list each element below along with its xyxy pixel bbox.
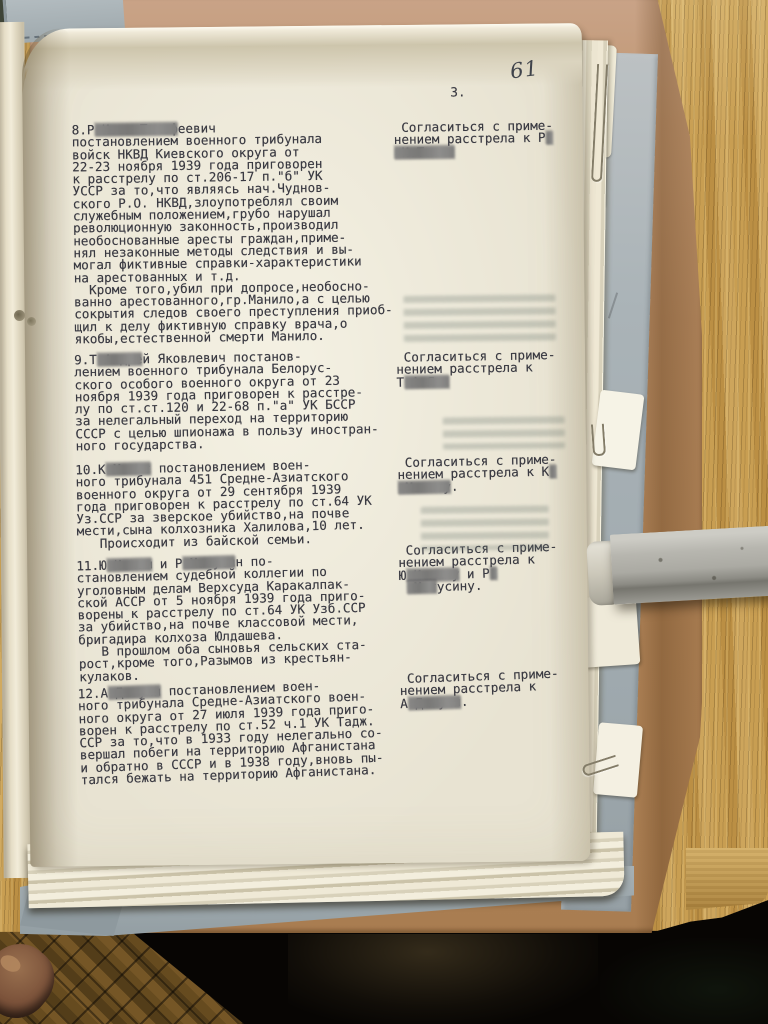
page-number: 3. [450,86,465,98]
binding-hole [14,310,25,321]
floor-shadow-patch [600,938,768,1024]
resolution-text: Согласиться с приме- нением расстрела к … [396,349,556,389]
resolution-text: Согласиться с приме- нением расстрела к … [394,120,554,159]
folio-number: 61 [509,56,541,84]
floor-light-patch [288,934,598,1024]
case-entry-8: 8.Р▒▒▒▒▒▒▒▒▒▒▒ Иван Тимофеевич постановл… [72,117,612,125]
photo-scene: 61 3. 8.Р▒▒▒▒▒▒▒▒▒▒▒ Иван Тимофеевич пос… [0,0,768,1024]
ink-bleed-through [443,416,565,449]
clamp-bar [610,526,768,605]
table-front-edge [686,848,768,910]
resolution-text: Согласиться с приме- нением расстрела к … [399,668,559,710]
page-spine-shadow [22,28,79,866]
case-text: 11.Ю▒▒▒▒▒▒ Ислам и Р▒▒▒▒▒▒▒ Матусин по- … [76,553,367,683]
case-text: 12.А▒▒▒▒▒▒▒ Джаули постановлением воен- … [78,678,385,787]
paper-clip [591,424,606,457]
document-page: 61 3. 8.Р▒▒▒▒▒▒▒▒▒▒▒ Иван Тимофеевич пос… [22,23,591,867]
case-text: 8.Р▒▒▒▒▒▒▒▒▒▒▒ Иван Тимофеевич постановл… [72,120,394,346]
ink-bleed-through [421,505,549,550]
page-top-curl [22,23,583,91]
resolution-text: Согласиться с приме- нением расстрела к … [397,454,557,494]
metal-clamp [586,526,768,612]
case-text: 9.Т▒▒▒▒▒▒ Андрей Яковлевич постанов- лен… [74,349,379,453]
case-text: 10.К▒▒▒▒▒▒ Мамат постановлением воен- но… [75,458,373,551]
case-entry-10: 10.К▒▒▒▒▒▒ Мамат постановлением воен- но… [75,452,615,464]
binding-hole [27,317,36,326]
case-entry-9: 9.Т▒▒▒▒▒▒ Андрей Яковлевич постанов- лен… [74,345,614,354]
ink-bleed-through [403,294,555,342]
